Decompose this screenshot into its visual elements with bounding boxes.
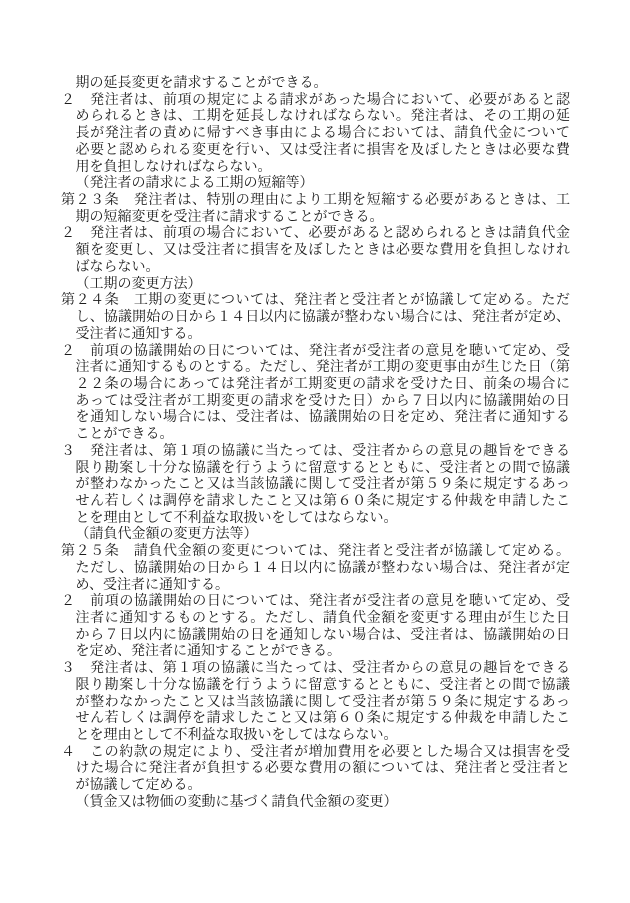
text-line: （請負代金額の変更方法等） bbox=[61, 527, 570, 544]
text-line: ただし、協議開始の日から１４日以内に協議が整わない場合は、発注者が定 bbox=[61, 561, 570, 578]
text-line: ２ 前項の協議開始の日については、発注者が受注者の意見を聴いて定め、受 bbox=[61, 344, 570, 361]
text-line: を通知しない場合には、受注者は、協議開始の日を定め、発注者に通知する bbox=[61, 410, 570, 427]
text-line: 第２３条 発注者は、特別の理由により工期を短縮する必要があるときは、工 bbox=[61, 193, 570, 210]
text-line: 期の延長変更を請求することができる。 bbox=[61, 76, 570, 93]
text-line: あっては受注者が工期変更の請求を受けた日）から７日以内に協議開始の日 bbox=[61, 394, 570, 411]
text-line: が協議して定める。 bbox=[61, 778, 570, 795]
text-line: から７日以内に協議開始の日を通知しない場合は、受注者は、協議開始の日 bbox=[61, 628, 570, 645]
text-line: が整わなかったこと又は当該協議に関して受注者が第５９条に規定するあっ bbox=[61, 695, 570, 712]
text-line: ４ この約款の規定により、受注者が増加費用を必要とした場合又は損害を受 bbox=[61, 745, 570, 762]
text-line: とを理由として不利益な取扱いをしてはならない。 bbox=[61, 728, 570, 745]
text-line: （発注者の請求による工期の短縮等） bbox=[61, 176, 570, 193]
text-line: とを理由として不利益な取扱いをしてはならない。 bbox=[61, 511, 570, 528]
text-line: ２ 発注者は、前項の場合において、必要があると認められるときは請負代金 bbox=[61, 226, 570, 243]
text-line: 期の短縮変更を受注者に請求することができる。 bbox=[61, 210, 570, 227]
text-line: 受注者に通知する。 bbox=[61, 327, 570, 344]
text-line: ことができる。 bbox=[61, 427, 570, 444]
text-line: 注者に通知するものとする。ただし、発注者が工期の変更事由が生じた日（第 bbox=[61, 360, 570, 377]
text-line: 必要と認められる変更を行い、又は受注者に損害を及ぼしたときは必要な費 bbox=[61, 143, 570, 160]
text-line: め、受注者に通知する。 bbox=[61, 578, 570, 595]
text-line: し、協議開始の日から１４日以内に協議が整わない場合には、発注者が定め、 bbox=[61, 310, 570, 327]
text-line: 額を変更し、又は受注者に損害を及ぼしたときは必要な費用を負担しなけれ bbox=[61, 243, 570, 260]
text-line: ３ 発注者は、第１項の協議に当たっては、受注者からの意見の趣旨をできる bbox=[61, 661, 570, 678]
text-line: けた場合に発注者が負担する必要な費用の額については、発注者と受注者と bbox=[61, 761, 570, 778]
text-line: が整わなかったこと又は当該協議に関して受注者が第５９条に規定するあっ bbox=[61, 477, 570, 494]
text-line: 限り勘案し十分な協議を行うように留意するとともに、受注者との間で協議 bbox=[61, 678, 570, 695]
text-line: ２２条の場合にあっては発注者が工期変更の請求を受けた日、前条の場合に bbox=[61, 377, 570, 394]
text-line: を定め、発注者に通知することができる。 bbox=[61, 644, 570, 661]
document-page: 期の延長変更を請求することができる。２ 発注者は、前項の規定による請求があった場… bbox=[0, 0, 630, 903]
text-line: 限り勘案し十分な協議を行うように留意するとともに、受注者との間で協議 bbox=[61, 461, 570, 478]
text-line: せん若しくは調停を請求したこと又は第６０条に規定する仲裁を申請したこ bbox=[61, 494, 570, 511]
text-line: ２ 発注者は、前項の規定による請求があった場合において、必要があると認 bbox=[61, 93, 570, 110]
text-line: 第２５条 請負代金額の変更については、発注者と受注者が協議して定める。 bbox=[61, 544, 570, 561]
text-line: ３ 発注者は、第１項の協議に当たっては、受注者からの意見の趣旨をできる bbox=[61, 444, 570, 461]
text-line: 長が発注者の責めに帰すべき事由による場合においては、請負代金について bbox=[61, 126, 570, 143]
text-line: 用を負担しなければならない。 bbox=[61, 160, 570, 177]
text-line: せん若しくは調停を請求したこと又は第６０条に規定する仲裁を申請したこ bbox=[61, 711, 570, 728]
text-line: ２ 前項の協議開始の日については、発注者が受注者の意見を聴いて定め、受 bbox=[61, 594, 570, 611]
text-line: められるときは、工期を延長しなければならない。発注者は、その工期の延 bbox=[61, 109, 570, 126]
text-line: 注者に通知するものとする。ただし、請負代金額を変更する理由が生じた日 bbox=[61, 611, 570, 628]
text-line: ばならない。 bbox=[61, 260, 570, 277]
text-line: （工期の変更方法） bbox=[61, 277, 570, 294]
text-line: （賃金又は物価の変動に基づく請負代金額の変更） bbox=[61, 795, 570, 812]
text-line: 第２４条 工期の変更については、発注者と受注者とが協議して定める。ただ bbox=[61, 293, 570, 310]
document-lines: 期の延長変更を請求することができる。２ 発注者は、前項の規定による請求があった場… bbox=[61, 76, 570, 812]
